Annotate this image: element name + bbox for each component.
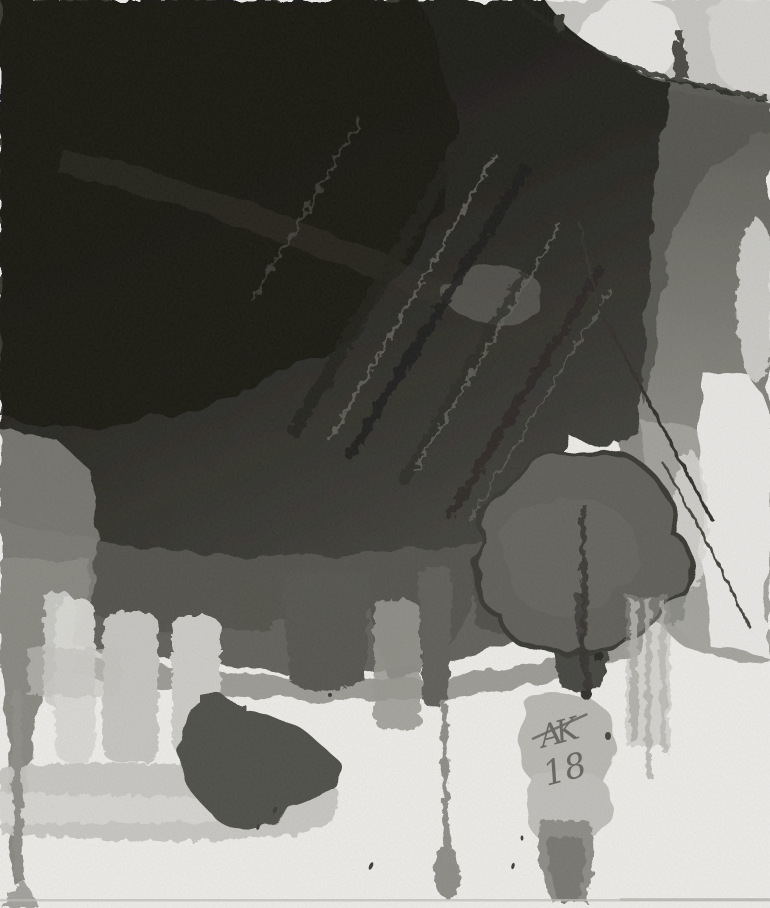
ink-painting: AK 18: [0, 0, 770, 908]
artwork-scan: AK 18: [0, 0, 770, 908]
ink-texture-overlay: [0, 0, 770, 620]
